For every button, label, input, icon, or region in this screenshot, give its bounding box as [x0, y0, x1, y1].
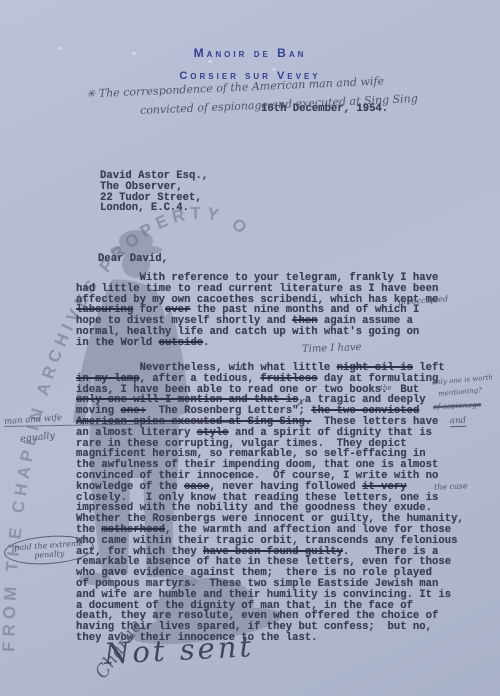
- annotation-x-mark: ✗: [296, 399, 304, 409]
- letter-page: FROM THE CHAPLIN ARCHIVES PROPERTY O Man…: [0, 0, 500, 696]
- annotation-and: and: [450, 417, 466, 427]
- body-paragraph-1: With reference to your telegram, frankly…: [76, 273, 438, 349]
- annotation-the-insert: the: [380, 385, 391, 392]
- salutation: Dear David,: [98, 254, 168, 265]
- annotation-time-i-have: Time I have: [302, 343, 362, 355]
- annotation-not-sent: Not sent: [103, 632, 254, 669]
- recipient-address: David Astor Esq.,The Observer,22 Tudor S…: [100, 171, 208, 214]
- annotation-facts: facts: [230, 472, 249, 480]
- annotation-c-mark: c: [240, 360, 247, 372]
- letterhead-line1: Manoir de Ban: [0, 46, 500, 60]
- body-paragraph-2: Nevertheless, with what little night oil…: [76, 363, 464, 644]
